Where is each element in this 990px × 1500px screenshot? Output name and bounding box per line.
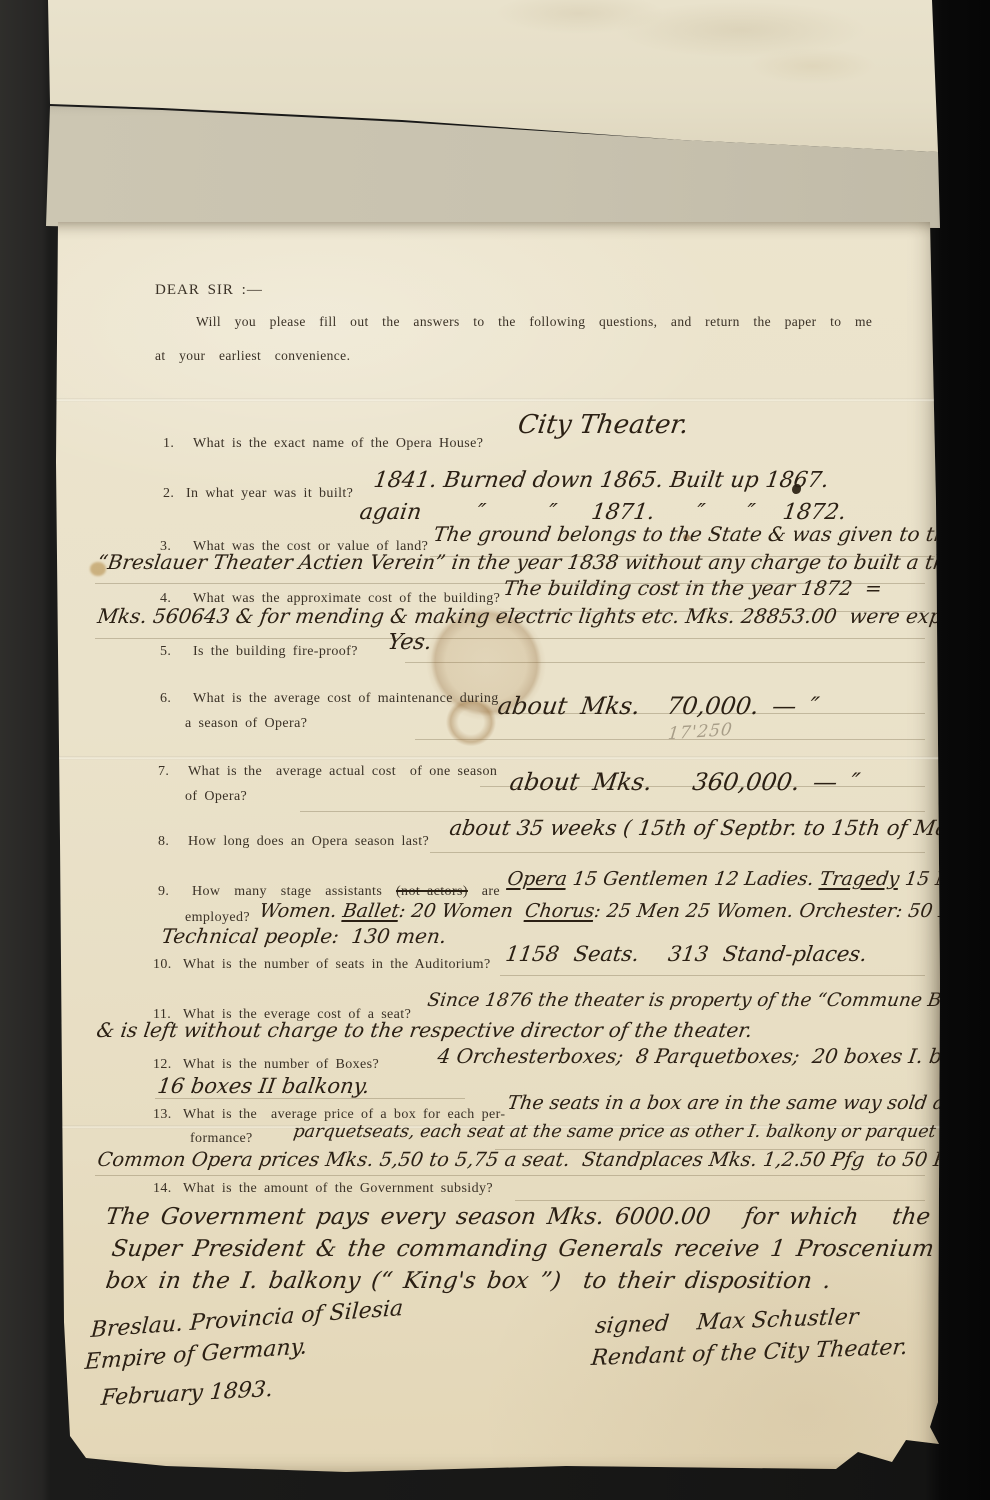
question-text-part: are <box>468 884 507 899</box>
question-number: 1. <box>163 436 174 452</box>
handwritten-answer: Yes. <box>386 630 433 655</box>
question-text: What is the number of Boxes? <box>183 1057 379 1073</box>
question-text: How long does an Opera season last? <box>188 834 429 850</box>
handwritten-answer: about Mks. 360,000. — ″ <box>508 768 862 796</box>
answer-rule-line <box>430 852 925 853</box>
handwritten-answer-part: : 20 Women <box>398 900 527 922</box>
questionnaire-page: DEAR SIR :— Will you please fill out the… <box>46 222 940 1474</box>
handwritten-answer: 16 boxes II balkony. <box>156 1074 371 1098</box>
question-text: What is the average cost of maintenance … <box>193 691 499 707</box>
handwritten-underlined-word: Tragedy <box>818 868 900 890</box>
handwritten-underlined-word: Ballet <box>341 900 400 922</box>
signature-place-line: Breslau. Provincia of Silesia <box>90 1296 404 1343</box>
handwritten-answer: “Breslauer Theater Actien Verein” in the… <box>96 550 990 574</box>
handwritten-answer: 1841. Burned down 1865. Built up 1867. <box>372 468 830 493</box>
handwritten-answer: City Theater. <box>516 410 690 440</box>
struck-question-text: (not actors) <box>396 884 468 899</box>
handwritten-answer: box in the I. balkony (“ King's box ”) t… <box>104 1268 832 1294</box>
answer-rule-line <box>500 975 925 976</box>
handwritten-answer: Common Opera prices Mks. 5,50 to 5,75 a … <box>96 1148 974 1171</box>
question-number: 10. <box>153 957 172 973</box>
question-number: 13. <box>153 1107 172 1123</box>
handwritten-answer: The Government pays every season Mks. 60… <box>104 1204 932 1230</box>
question-text: What is the average price of a box for e… <box>183 1107 505 1123</box>
handwritten-answer: about Mks. 70,000. — ″ <box>496 692 821 720</box>
question-number: 7. <box>158 764 169 780</box>
question-number: 9. <box>158 884 169 900</box>
pencil-annotation: 17'250 <box>667 720 734 745</box>
question-number: 12. <box>153 1057 172 1073</box>
handwritten-answer: Since 1876 the theater is property of th… <box>426 990 990 1011</box>
question-number: 14. <box>153 1181 172 1197</box>
question-text: What is the exact name of the Opera Hous… <box>193 436 483 452</box>
answer-rule-line <box>515 1200 925 1201</box>
handwritten-answer: Opera 15 Gentlemen 12 Ladies. Tragedy 15… <box>506 868 990 890</box>
signature-signed-line: signed Max Schustler <box>594 1305 860 1339</box>
signature-title-line: Rendant of the City Theater. <box>590 1335 909 1371</box>
handwritten-answer: about 35 weeks ( 15th of Septbr. to 15th… <box>448 816 977 840</box>
handwritten-answer: Mks. 560643 & for mending & making elect… <box>96 604 990 628</box>
answer-rule-line <box>155 1098 465 1099</box>
question-text: a season of Opera? <box>185 716 307 732</box>
question-text: What is the average actual cost of one s… <box>188 764 497 780</box>
handwritten-answer: The seats in a box are in the same way s… <box>506 1092 990 1114</box>
handwritten-answer: parquetseats, each seat at the same pric… <box>292 1122 990 1142</box>
handwritten-answer: Women. Ballet: 20 Women Chorus: 25 Men 2… <box>258 900 990 922</box>
handwritten-underlined-word: Chorus <box>524 900 596 922</box>
handwritten-underlined-word: Opera <box>506 868 568 890</box>
handwritten-answer: The ground belongs to the State & was gi… <box>432 522 961 546</box>
salutation: DEAR SIR :— <box>155 282 263 299</box>
answer-rule-line <box>300 811 925 812</box>
question-number: 5. <box>160 644 171 660</box>
question-number: 6. <box>160 691 171 707</box>
handwritten-answer: Super President & the commanding General… <box>110 1236 936 1262</box>
handwritten-answer: & is left without charge to the respecti… <box>95 1018 754 1042</box>
question-text: How many stage assistants (not actors) a… <box>192 884 507 900</box>
intro-line-1: Will you please fill out the answers to … <box>196 314 872 330</box>
question-number: 2. <box>163 486 174 502</box>
handwritten-answer: 1158 Seats. 313 Stand-places. <box>504 942 869 966</box>
handwritten-answer: The building cost in the year 1872 = <box>502 576 883 600</box>
question-text: What is the amount of the Government sub… <box>183 1181 493 1197</box>
handwritten-answer-part: 15 Gentlemen 12 Ladies. <box>565 868 821 890</box>
handwritten-answer-part: : 25 Men 25 Women. Orchester: 50 Musicia… <box>593 900 990 922</box>
handwritten-answer: Technical people: 130 men. <box>160 924 448 948</box>
handwritten-answer: 4 Orchesterboxes; 8 Parquetboxes; 20 box… <box>436 1044 990 1068</box>
answer-rule-line <box>95 1175 925 1176</box>
question-text: formance? <box>190 1131 260 1147</box>
fold-crease <box>46 756 940 760</box>
question-text: Is the building fire-proof? <box>193 644 358 660</box>
question-number: 8. <box>158 834 169 850</box>
handwritten-answer-part: 15 Men 12 <box>898 868 990 890</box>
fold-crease <box>46 398 940 402</box>
signature-date-line: February 1893. <box>100 1377 274 1411</box>
question-text: What is the number of seats in the Audit… <box>183 957 491 973</box>
intro-line-2: at your earliest convenience. <box>155 348 350 364</box>
question-text: of Opera? <box>185 789 247 805</box>
question-text: In what year was it built? <box>186 486 353 502</box>
question-text-part: How many stage assistants <box>192 884 396 899</box>
photo-background: DEAR SIR :— Will you please fill out the… <box>0 0 990 1500</box>
handwritten-answer-part: Women. <box>258 900 344 922</box>
